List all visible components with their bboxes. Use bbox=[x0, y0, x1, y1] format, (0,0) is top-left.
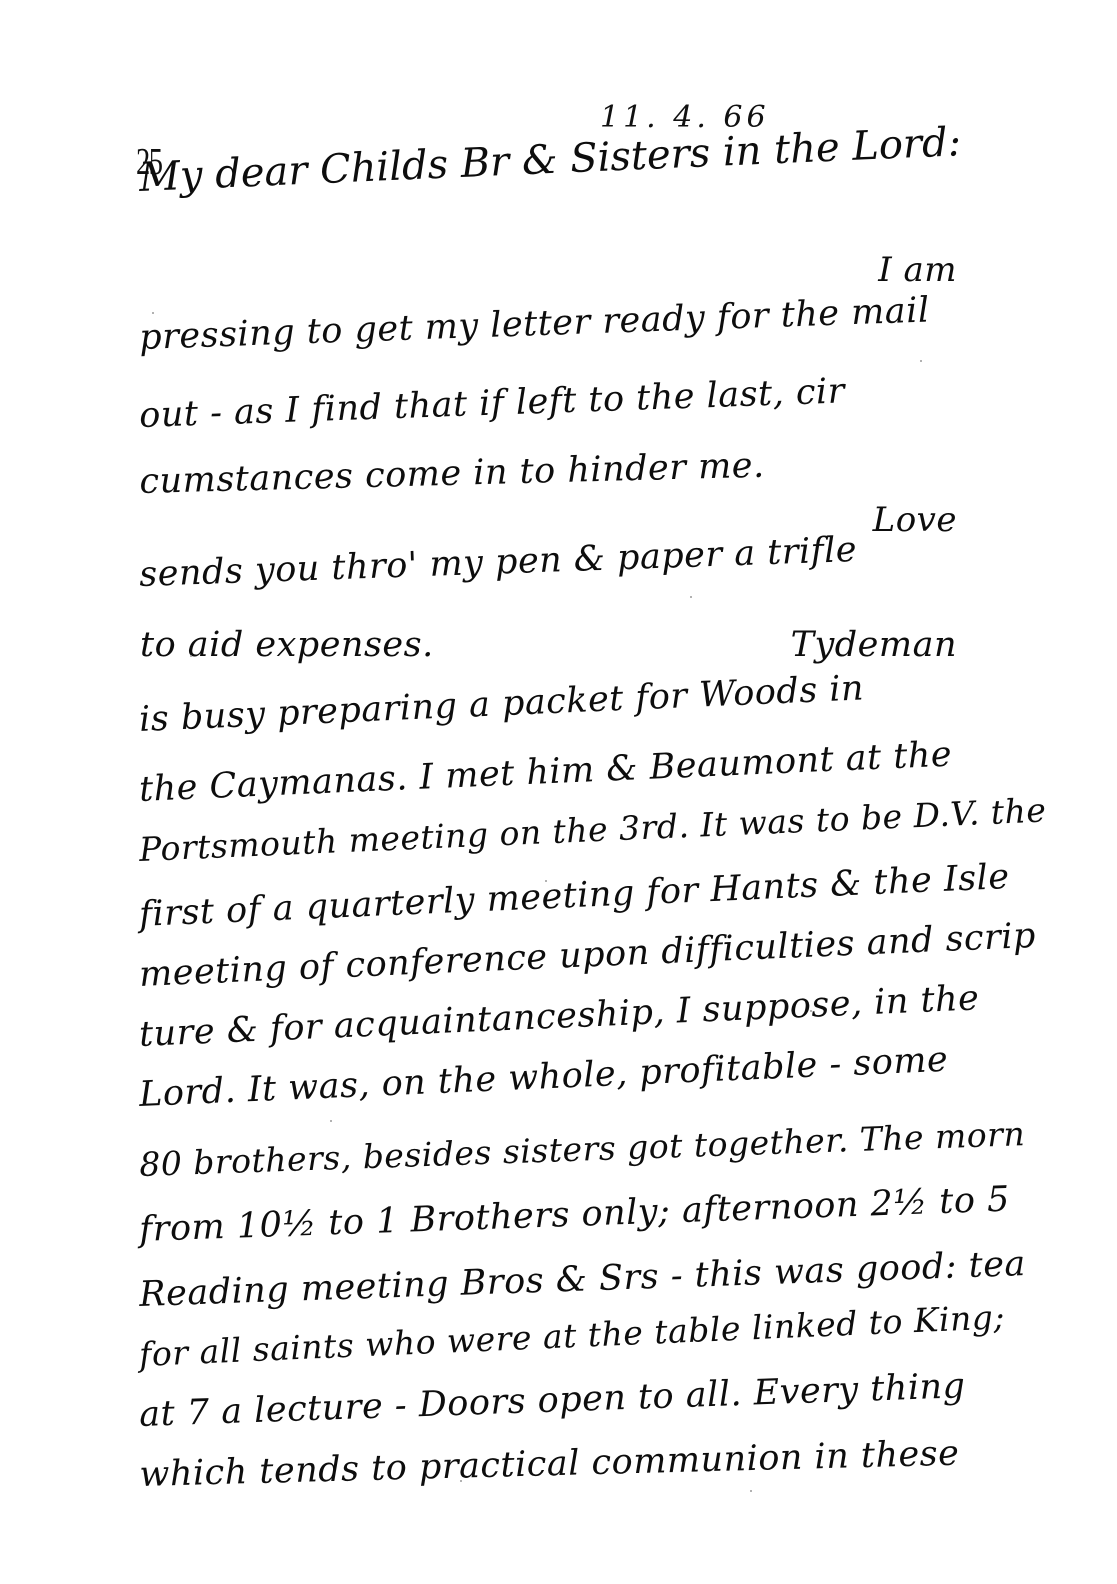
scan-speck bbox=[750, 1490, 752, 1492]
letter-line: which tends to practical communion in th… bbox=[139, 1434, 960, 1495]
scan-speck bbox=[330, 1120, 332, 1122]
letter-line: the Caymanas. I met him & Beaumont at th… bbox=[138, 735, 953, 810]
scan-speck bbox=[920, 360, 922, 362]
scan-speck bbox=[810, 1010, 812, 1012]
letter-line: I am bbox=[878, 250, 957, 290]
letter-line: out - as I find that if left to the last… bbox=[139, 371, 846, 436]
letter-line: is busy preparing a packet for Woods in bbox=[138, 668, 865, 740]
scanned-letter-page: 25 11. 4. 66 My dear Childs Br & Sisters… bbox=[0, 0, 1117, 1584]
scan-speck bbox=[545, 880, 547, 882]
letter-line: Lord. It was, on the whole, profitable -… bbox=[138, 1040, 949, 1115]
scan-speck bbox=[190, 655, 192, 657]
letter-line: sends you thro' my pen & paper a trifle bbox=[139, 530, 858, 595]
letter-line: cumstances come in to hinder me. bbox=[139, 446, 765, 502]
letter-line: 80 brothers, besides sisters got togethe… bbox=[139, 1114, 1026, 1184]
scan-speck bbox=[690, 596, 692, 598]
letter-line: from 10½ to 1 Brothers only; afternoon 2… bbox=[139, 1180, 1011, 1250]
letter-line: at 7 a lecture - Doors open to all. Ever… bbox=[139, 1366, 967, 1435]
scan-speck bbox=[460, 1480, 462, 1482]
letter-line: Love bbox=[873, 500, 957, 540]
scan-speck bbox=[420, 478, 422, 480]
letter-salutation: My dear Childs Br & Sisters in the Lord: bbox=[138, 119, 962, 201]
scan-speck bbox=[152, 312, 154, 314]
letter-line: pressing to get my letter ready for the … bbox=[139, 290, 931, 358]
letter-line: to aid expenses. bbox=[140, 625, 434, 665]
letter-line: Tydeman bbox=[791, 625, 957, 665]
